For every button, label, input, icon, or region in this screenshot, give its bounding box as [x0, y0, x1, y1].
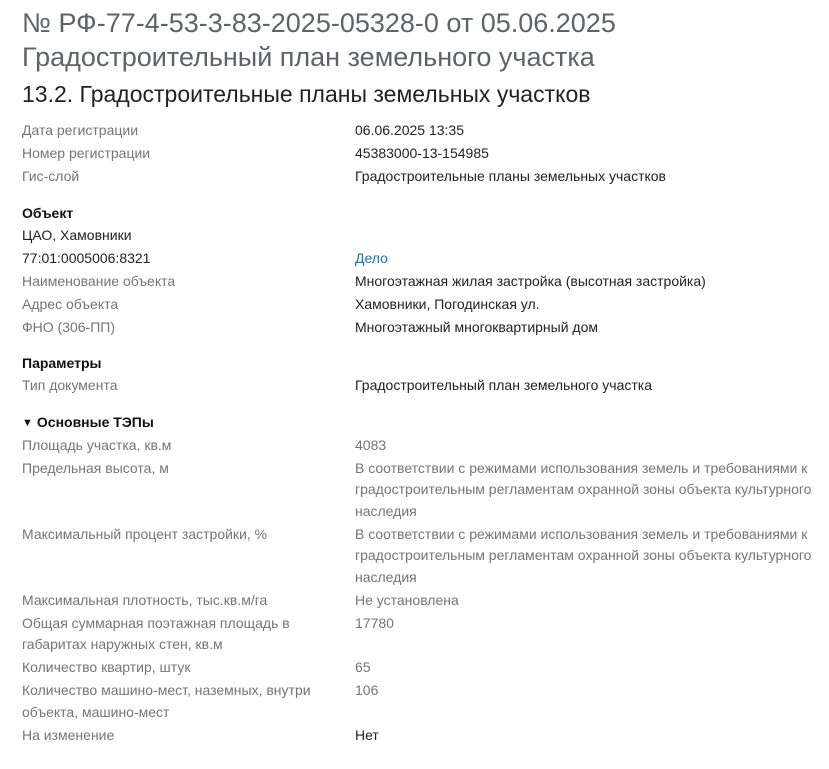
field-label: Количество машино-мест, наземных, внутри…	[22, 680, 355, 723]
field-label: Максимальная плотность, тыс.кв.м/га	[22, 590, 355, 612]
cadastral-row: 77:01:0005006:8321 Дело	[22, 248, 829, 270]
tep-row: Максимальный процент застройки, % В соот…	[22, 524, 829, 589]
document-number-heading: № РФ-77-4-53-3-83-2025-05328-0 от 05.06.…	[22, 6, 829, 40]
tep-row: Количество машино-мест, наземных, внутри…	[22, 680, 829, 723]
document-title: Градостроительный план земельного участк…	[22, 40, 829, 74]
field-label: Общая суммарная поэтажная площадь в габа…	[22, 613, 355, 656]
field-label: Номер регистрации	[22, 143, 355, 165]
field-value: В соответствии с режимами использования …	[355, 524, 825, 589]
registration-number-row: Номер регистрации 45383000-13-154985	[22, 143, 829, 165]
gis-layer-row: Гис-слой Градостроительные планы земельн…	[22, 166, 829, 188]
field-label: ФНО (306-ПП)	[22, 317, 355, 339]
tep-row: Максимальная плотность, тыс.кв.м/га Не у…	[22, 590, 829, 612]
field-label: Дата регистрации	[22, 120, 355, 142]
teps-toggle[interactable]: ▼Основные ТЭПы	[22, 412, 829, 433]
document-page: № РФ-77-4-53-3-83-2025-05328-0 от 05.06.…	[0, 0, 829, 746]
field-label: Площадь участка, кв.м	[22, 435, 355, 457]
registration-info: Дата регистрации 06.06.2025 13:35 Номер …	[22, 120, 829, 188]
teps-section-title: Основные ТЭПы	[37, 414, 154, 430]
tep-row: Предельная высота, м В соответствии с ре…	[22, 458, 829, 523]
field-value: 17780	[355, 613, 825, 656]
field-label: Максимальный процент застройки, %	[22, 524, 355, 589]
field-value: 06.06.2025 13:35	[355, 120, 825, 142]
field-value: Хамовники, Погодинская ул.	[355, 294, 825, 316]
tep-row: Площадь участка, кв.м 4083	[22, 435, 829, 457]
cadastral-number: 77:01:0005006:8321	[22, 248, 355, 270]
field-label: Гис-слой	[22, 166, 355, 188]
field-value: Многоэтажная жилая застройка (высотная з…	[355, 271, 825, 293]
field-value: Градостроительный план земельного участк…	[355, 375, 825, 397]
field-value: В соответствии с режимами использования …	[355, 458, 825, 523]
tep-row: Количество квартир, штук 65	[22, 657, 829, 679]
tep-row: Общая суммарная поэтажная площадь в габа…	[22, 613, 829, 656]
field-label: Количество квартир, штук	[22, 657, 355, 679]
registration-date-row: Дата регистрации 06.06.2025 13:35	[22, 120, 829, 142]
object-section-title: Объект	[22, 203, 829, 223]
case-link[interactable]: Дело	[355, 250, 388, 266]
field-value: Не установлена	[355, 590, 825, 612]
teps-list: Площадь участка, кв.м 4083 Предельная вы…	[22, 435, 829, 747]
fno-row: ФНО (306-ПП) Многоэтажный многоквартирны…	[22, 317, 829, 339]
object-name-row: Наименование объекта Многоэтажная жилая …	[22, 271, 829, 293]
field-label: Наименование объекта	[22, 271, 355, 293]
field-label: Адрес объекта	[22, 294, 355, 316]
object-address-row: Адрес объекта Хамовники, Погодинская ул.	[22, 294, 829, 316]
document-type-row: Тип документа Градостроительный план зем…	[22, 375, 829, 397]
field-label: Предельная высота, м	[22, 458, 355, 523]
section-title: 13.2. Градостроительные планы земельных …	[22, 78, 829, 110]
field-label: На изменение	[22, 725, 355, 747]
field-value: 65	[355, 657, 825, 679]
field-value: 106	[355, 680, 825, 723]
tep-row: На изменение Нет	[22, 725, 829, 747]
field-label: Тип документа	[22, 375, 355, 397]
field-value: Многоэтажный многоквартирный дом	[355, 317, 825, 339]
field-value: 4083	[355, 435, 825, 457]
field-value: Градостроительные планы земельных участк…	[355, 166, 825, 188]
object-district: ЦАО, Хамовники	[22, 225, 829, 247]
field-value: Нет	[355, 725, 825, 747]
triangle-down-icon: ▼	[22, 413, 33, 433]
parameters-section-title: Параметры	[22, 353, 829, 373]
field-value: 45383000-13-154985	[355, 143, 825, 165]
